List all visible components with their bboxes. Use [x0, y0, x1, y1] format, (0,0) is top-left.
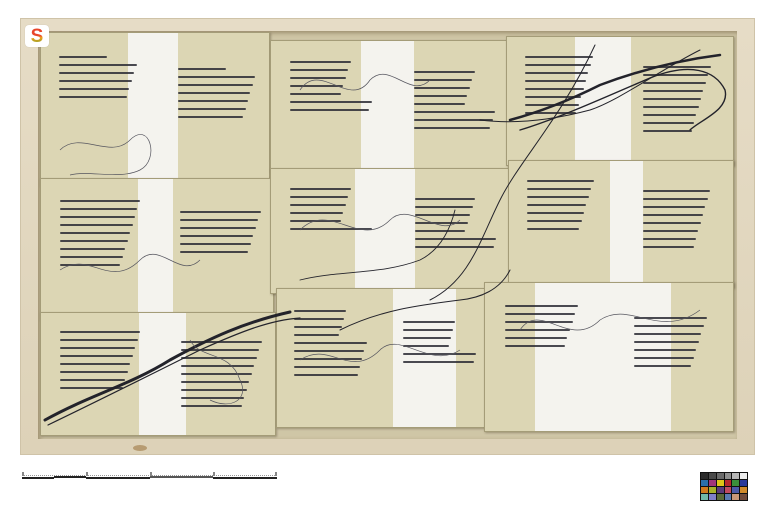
stitched-text-block	[643, 190, 721, 254]
scale-segment	[86, 477, 150, 479]
color-patch	[725, 473, 732, 479]
fabric-panel	[484, 282, 734, 432]
color-patch	[740, 494, 747, 500]
scale-segment	[150, 476, 213, 478]
bleached-band	[610, 161, 644, 287]
color-patch	[732, 480, 739, 486]
color-patch	[709, 480, 716, 486]
color-patch	[725, 494, 732, 500]
fabric-panel	[40, 312, 276, 436]
stitched-text-block	[294, 310, 368, 382]
color-patch	[740, 480, 747, 486]
color-patch	[701, 473, 708, 479]
color-patch	[701, 480, 708, 486]
scale-bar	[22, 472, 277, 484]
color-patch	[732, 473, 739, 479]
fabric-panel	[270, 168, 512, 294]
scale-segment	[213, 477, 277, 479]
stitched-text-block	[290, 188, 374, 236]
scale-mark	[150, 472, 152, 476]
color-patch	[709, 473, 716, 479]
stitched-text-block	[643, 66, 722, 138]
color-patch	[740, 487, 747, 493]
stitched-text-block	[415, 198, 499, 254]
fabric-panel	[40, 178, 274, 320]
stitched-text-block	[634, 317, 721, 373]
fabric-panel	[40, 32, 270, 186]
color-patch	[717, 487, 724, 493]
color-patch	[725, 487, 732, 493]
color-patch	[709, 494, 716, 500]
color-patch	[732, 494, 739, 500]
stitched-text-block	[403, 321, 477, 369]
bleached-band	[139, 313, 186, 435]
stitched-text-block	[181, 341, 263, 413]
fabric-panel	[276, 288, 488, 428]
scale-segment	[22, 477, 54, 479]
color-patch	[740, 473, 747, 479]
fabric-panel	[508, 160, 734, 288]
bleached-band	[138, 179, 173, 319]
scale-mark	[22, 472, 24, 476]
fabric-panel	[270, 40, 510, 172]
fabric-panel	[506, 36, 734, 166]
stitched-text-block	[290, 61, 373, 117]
wood-knot	[133, 445, 147, 451]
scale-mark	[213, 472, 215, 476]
color-patch	[732, 487, 739, 493]
color-checker	[700, 472, 748, 501]
color-patch	[717, 494, 724, 500]
stitched-text-block	[178, 68, 258, 124]
stitched-text-block	[180, 211, 261, 259]
scale-mark	[86, 472, 88, 476]
color-patch	[717, 473, 724, 479]
stitched-text-block	[505, 305, 592, 353]
scale-segment	[54, 476, 86, 478]
color-patch	[701, 487, 708, 493]
stitched-text-block	[60, 331, 142, 395]
stitched-text-block	[414, 71, 497, 135]
stitched-text-block	[60, 200, 141, 272]
color-patch	[709, 487, 716, 493]
color-patch	[717, 480, 724, 486]
stitched-text-block	[527, 180, 605, 236]
scale-mark	[275, 472, 277, 476]
logo-letter: S	[31, 27, 44, 46]
stitched-text-block	[525, 56, 604, 120]
color-patch	[725, 480, 732, 486]
color-patch	[701, 494, 708, 500]
stitched-text-block	[59, 56, 139, 104]
logo-badge: S	[25, 25, 49, 47]
